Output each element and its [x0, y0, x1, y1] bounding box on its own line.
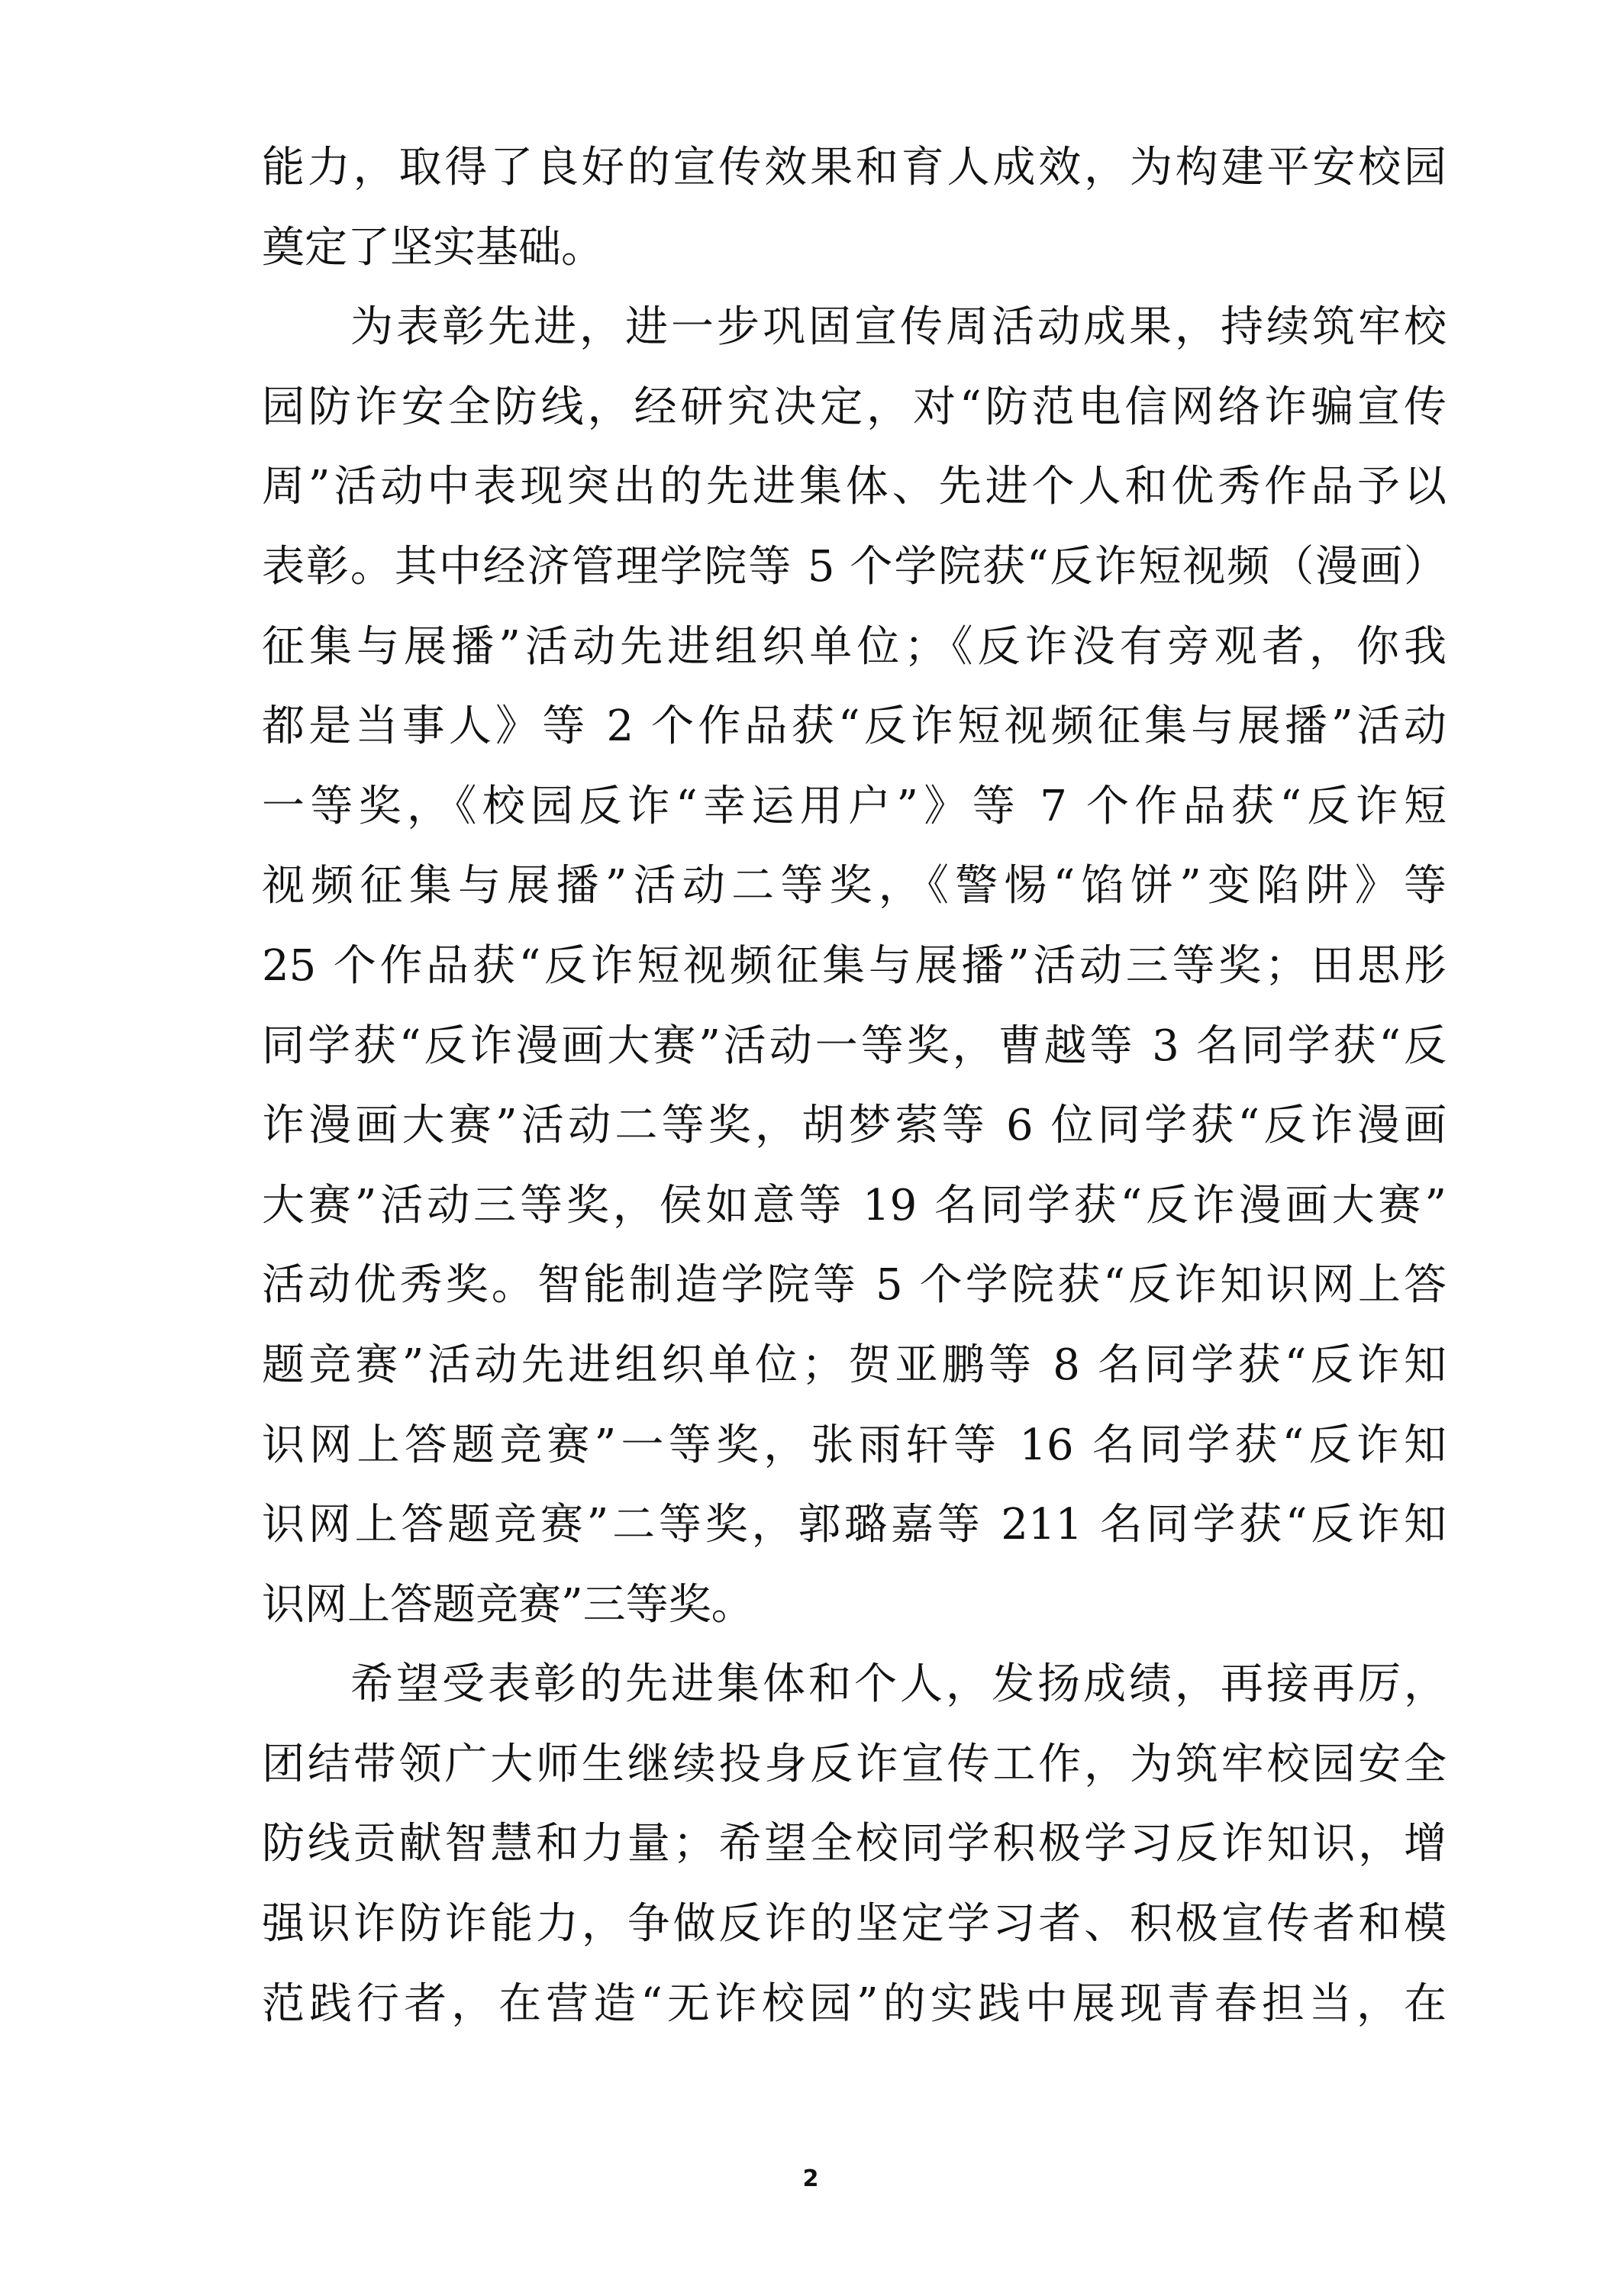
paragraph-2-line-10: 同学获“反诈漫画大赛”活动一等奖，曹越等 3 名同学获“反: [262, 1007, 1447, 1087]
paragraph-2-line-15: 识网上答题竞赛”一等奖，张雨轩等 16 名同学获“反诈知: [262, 1406, 1447, 1486]
paragraph-2-line-8: 视频征集与展播”活动二等奖，《警惕“馅饼”变陷阱》等: [262, 846, 1447, 927]
paragraph-2-line-13: 活动优秀奖。智能制造学院等 5 个学院获“反诈知识网上答: [262, 1246, 1447, 1326]
paragraph-2-line-3: 周”活动中表现突出的先进集体、先进个人和优秀作品予以: [262, 447, 1447, 527]
paragraph-3-line-2: 团结带领广大师生继续投身反诈宣传工作，为筑牢校园安全: [262, 1725, 1447, 1805]
paragraph-1-line-2: 奠定了坚实基础。: [262, 208, 1447, 289]
paragraph-2-line-4: 表彰。其中经济管理学院等 5 个学院获“反诈短视频（漫画）: [262, 527, 1447, 608]
paragraph-2-line-7: 一等奖，《校园反诈“幸运用户”》等 7 个作品获“反诈短: [262, 767, 1447, 847]
paragraph-2-line-11: 诈漫画大赛”活动二等奖，胡梦萦等 6 位同学获“反诈漫画: [262, 1086, 1447, 1166]
paragraph-2-line-1: 为表彰先进，进一步巩固宣传周活动成果，持续筑牢校: [262, 288, 1447, 368]
paragraph-2-line-2: 园防诈安全防线，经研究决定，对“防范电信网络诈骗宣传: [262, 368, 1447, 448]
paragraph-2-line-12: 大赛”活动三等奖，侯如意等 19 名同学获“反诈漫画大赛”: [262, 1166, 1447, 1246]
paragraph-2-line-17: 识网上答题竞赛”三等奖。: [262, 1566, 1447, 1646]
paragraph-2-line-9: 25 个作品获“反诈短视频征集与展播”活动三等奖；田思彤: [262, 927, 1447, 1007]
paragraph-2-line-16: 识网上答题竞赛”二等奖，郭璐嘉等 211 名同学获“反诈知: [262, 1485, 1447, 1566]
paragraph-3-line-1: 希望受表彰的先进集体和个人，发扬成绩，再接再厉，: [262, 1645, 1447, 1725]
paragraph-2-line-14: 题竞赛”活动先进组织单位；贺亚鹏等 8 名同学获“反诈知: [262, 1326, 1447, 1406]
paragraph-3-line-5: 范践行者，在营造“无诈校园”的实践中展现青春担当，在: [262, 1965, 1447, 2045]
paragraph-1-line-1: 能力，取得了良好的宣传效果和育人成效，为构建平安校园: [262, 128, 1447, 208]
document-page: 能力，取得了良好的宣传效果和育人成效，为构建平安校园 奠定了坚实基础。 为表彰先…: [0, 0, 1603, 2296]
paragraph-3-line-4: 强识诈防诈能力，争做反诈的坚定学习者、积极宣传者和模: [262, 1885, 1447, 1965]
document-body: 能力，取得了良好的宣传效果和育人成效，为构建平安校园 奠定了坚实基础。 为表彰先…: [262, 128, 1447, 2044]
paragraph-2-line-5: 征集与展播”活动先进组织单位；《反诈没有旁观者，你我: [262, 608, 1447, 688]
page-number: 2: [0, 2166, 1603, 2192]
paragraph-3-line-3: 防线贡献智慧和力量；希望全校同学积极学习反诈知识，增: [262, 1804, 1447, 1885]
paragraph-2-line-6: 都是当事人》等 2 个作品获“反诈短视频征集与展播”活动: [262, 687, 1447, 767]
